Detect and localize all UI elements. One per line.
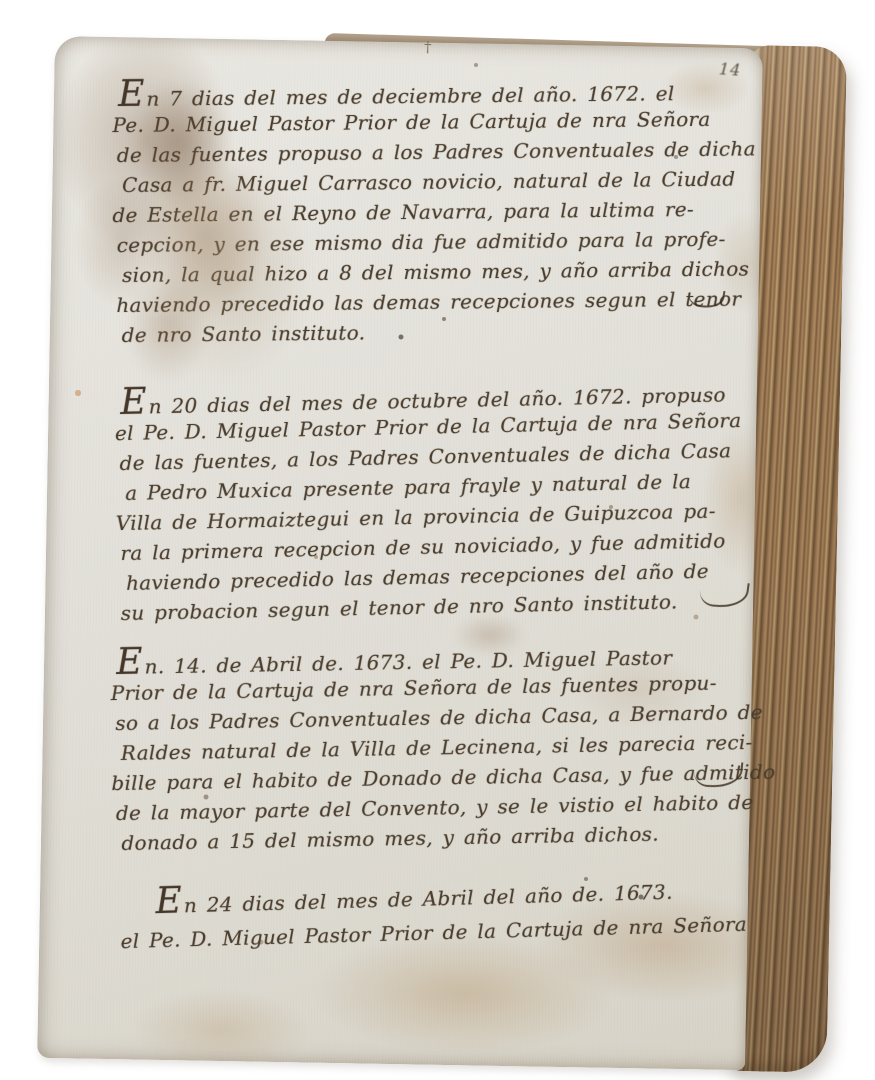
register-entry-3: En. 14. de Abril de. 1673. el Pe. D. Mig…	[116, 637, 777, 858]
manuscript-line: de nro Santo instituto.	[122, 313, 758, 350]
register-entry-2: En 20 dias del mes de octubre del año. 1…	[120, 375, 746, 628]
register-entry-1: En 7 dias del mes de deciembre del año. …	[118, 73, 758, 350]
photo-background: † 14 En 7 dias del mes de deciembre del …	[0, 0, 875, 1080]
header-cross-mark: †	[424, 38, 432, 56]
register-entry-4: En 24 dias del mes de Abril del año de. …	[125, 867, 748, 960]
handwritten-text-layer: † 14 En 7 dias del mes de deciembre del …	[0, 0, 875, 1080]
